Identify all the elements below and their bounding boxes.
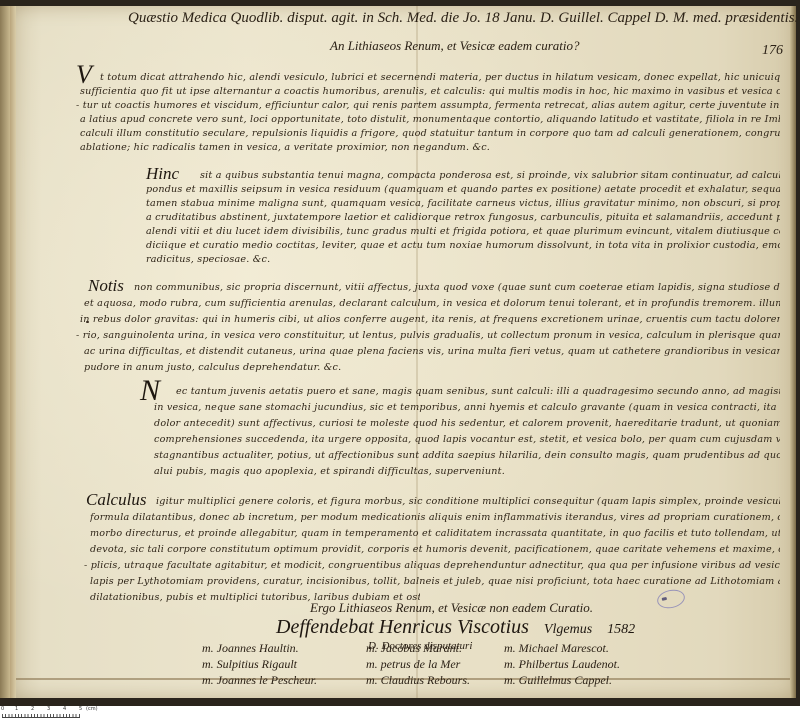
text-line: - rio, sanguinolenta urina, in vesica ve… xyxy=(76,330,780,341)
text-line: sufficientia quo fit ut ipse alternantur… xyxy=(80,86,780,97)
page-edge-left-outer xyxy=(0,6,10,698)
text-line: non communibus, sic propria discernunt, … xyxy=(134,282,780,293)
section-heading-calculus: Calculus xyxy=(86,490,146,510)
text-line: ec tantum juvenis aetatis puero et sane,… xyxy=(176,386,780,397)
text-line: - tur ut coactis humores et viscidum, ef… xyxy=(76,100,780,111)
text-line: ac urina difficultas, et distendit cutan… xyxy=(84,346,780,357)
doctor-name: m. Michael Marescot. xyxy=(504,640,620,656)
text-line: lapis per Lythotomiam providens, curatur… xyxy=(90,576,780,587)
text-line: t totum dicat attrahendo hic, alendi ves… xyxy=(100,72,780,83)
text-line: morbo directurus, et proinde allegabitur… xyxy=(90,528,780,539)
doctor-name: m. Guillelmus Cappel. xyxy=(504,672,620,688)
page-subtitle: An Lithiaseos Renum, et Vesicæ eadem cur… xyxy=(330,38,580,54)
ruler-label: 4 xyxy=(63,706,66,712)
text-line: a cruditatibus abstinent, juxtatempore l… xyxy=(146,212,780,223)
defense-year: 1582 xyxy=(607,622,635,637)
text-line: alui pubis, magis quo apoplexia, et spir… xyxy=(154,466,780,477)
text-line: et aquosa, modo rubra, cum sufficientia … xyxy=(84,298,780,309)
defendant-name: Deffendebat Henricus Viscotius xyxy=(276,616,529,638)
doctor-name: m. Sulpitius Rigault xyxy=(202,656,317,672)
ink-mark xyxy=(86,321,89,323)
doctor-name: m. Joannes Haultin. xyxy=(202,640,317,656)
text-line: in vesica, neque sane stomachi jucundius… xyxy=(154,402,780,413)
text-line: a latius apud concrete vero sunt, loci o… xyxy=(80,114,780,125)
text-line: comprehensiones succedenda, ita urgere o… xyxy=(154,434,780,445)
section-heading-notis: Notis xyxy=(88,276,124,296)
text-line: tamen stabua minime maligna sunt, quamqu… xyxy=(146,198,780,209)
page-edge-right xyxy=(790,6,796,698)
folio-number: 176 xyxy=(762,43,783,59)
text-line: diciique et curatio medio coctitas, levi… xyxy=(146,240,780,251)
doctors-column-3: m. Michael Marescot. m. Philbertus Laude… xyxy=(504,640,620,688)
page-title: Quæstio Medica Quodlib. disput. agit. in… xyxy=(128,10,798,27)
ruler-label: 0 xyxy=(1,706,4,712)
text-line: sit a quibus substantia tenui magna, com… xyxy=(200,170,780,181)
text-line: in rebus dolor gravitas: qui in humeris … xyxy=(80,314,780,325)
section-heading-hinc: Hinc xyxy=(146,164,179,184)
conclusion: Ergo Lithiaseos Renum, et Vesicæ non ead… xyxy=(310,600,593,616)
defense-place: Vlgemus xyxy=(544,622,592,637)
text-line: calculi illum constitutio seculare, repu… xyxy=(80,128,780,139)
text-line: dolor antecedit) sunt affectivus, curios… xyxy=(154,418,780,429)
text-line: - plicis, utraque facultate agitabitur, … xyxy=(84,560,780,571)
text-line: stagnantibus actualiter, potius, ut affe… xyxy=(154,450,780,461)
doctors-column-2: m. Jacobus Marant. m. petrus de la Mer m… xyxy=(366,640,470,688)
page-edge-left xyxy=(10,6,16,698)
ruler-label: 5 xyxy=(79,706,82,712)
doctor-name: m. Joannes le Pescheur. xyxy=(202,672,317,688)
ruler-label: 2 xyxy=(31,706,34,712)
ruler-label: 1 xyxy=(15,706,18,712)
doctor-name: m. Philbertus Laudenot. xyxy=(504,656,620,672)
doctor-name: m. Claudius Rebours. xyxy=(366,672,470,688)
doctor-name: m. petrus de la Mer xyxy=(366,656,470,672)
text-line: alendi vitii et diu lucet idem divisibil… xyxy=(146,226,780,237)
ruler-unit: (cm) xyxy=(86,706,98,712)
doctor-name: m. Jacobus Marant. xyxy=(366,640,470,656)
doctors-column-1: m. Joannes Haultin. m. Sulpitius Rigault… xyxy=(202,640,317,688)
defense-line: Deffendebat Henricus Viscotius Vlgemus 1… xyxy=(276,616,635,639)
scale-ruler-line xyxy=(2,717,80,718)
text-line: devota, sic tali corpore constitutum opt… xyxy=(90,544,780,555)
text-line: pondus et maxillis seipsum in vesica res… xyxy=(146,184,780,195)
text-line: igitur multiplici genere coloris, et fig… xyxy=(156,496,780,507)
text-line: ablatione; hic radicalis tamen in vesica… xyxy=(80,142,780,153)
text-line: radicitus, speciosae. &c. xyxy=(146,254,446,265)
ruler-label: 3 xyxy=(47,706,50,712)
text-line: pudore in anum justo, calculus deprehend… xyxy=(84,362,484,373)
text-line: formula dilatantibus, donec ab incretum,… xyxy=(90,512,780,523)
